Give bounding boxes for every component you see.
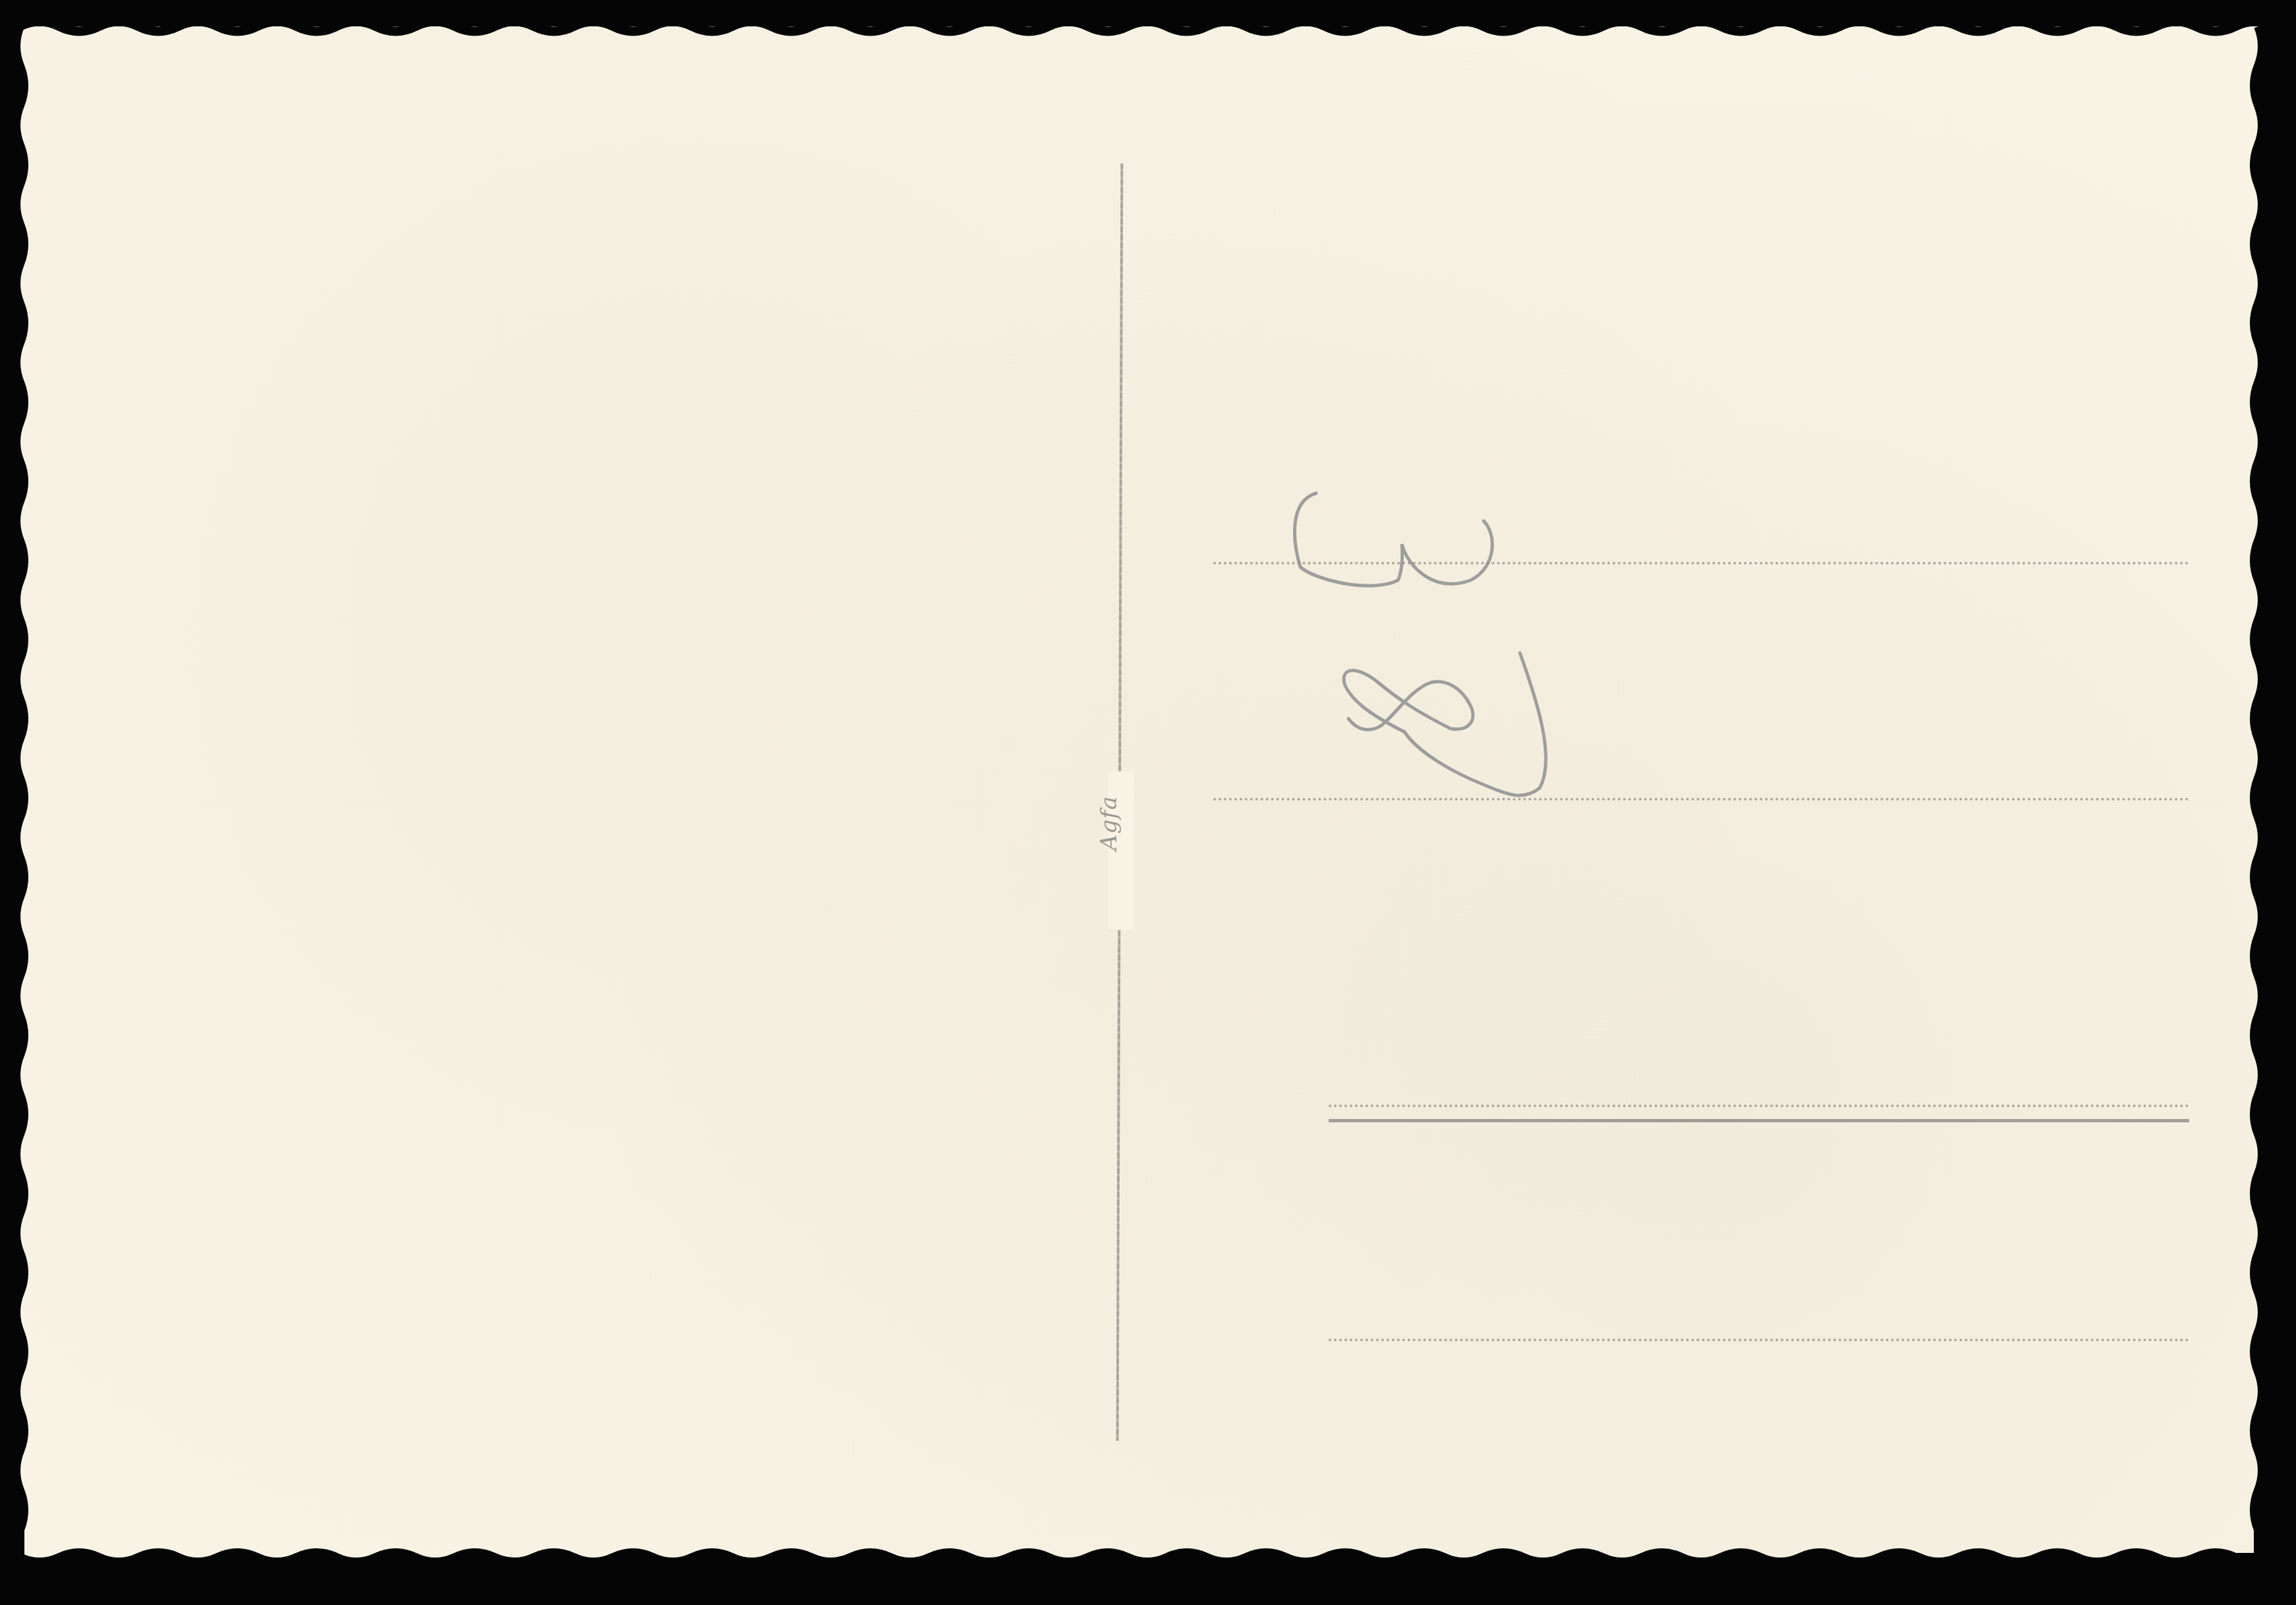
address-line-4: [1329, 1119, 2189, 1122]
address-line-1: [1213, 562, 2189, 564]
address-line-5: [1329, 1339, 2189, 1341]
brand-imprint: Agfa: [1096, 796, 1122, 851]
postcard-back: Agfa: [20, 26, 2258, 1558]
address-line-2: [1213, 798, 2189, 801]
address-line-3: [1329, 1105, 2189, 1107]
